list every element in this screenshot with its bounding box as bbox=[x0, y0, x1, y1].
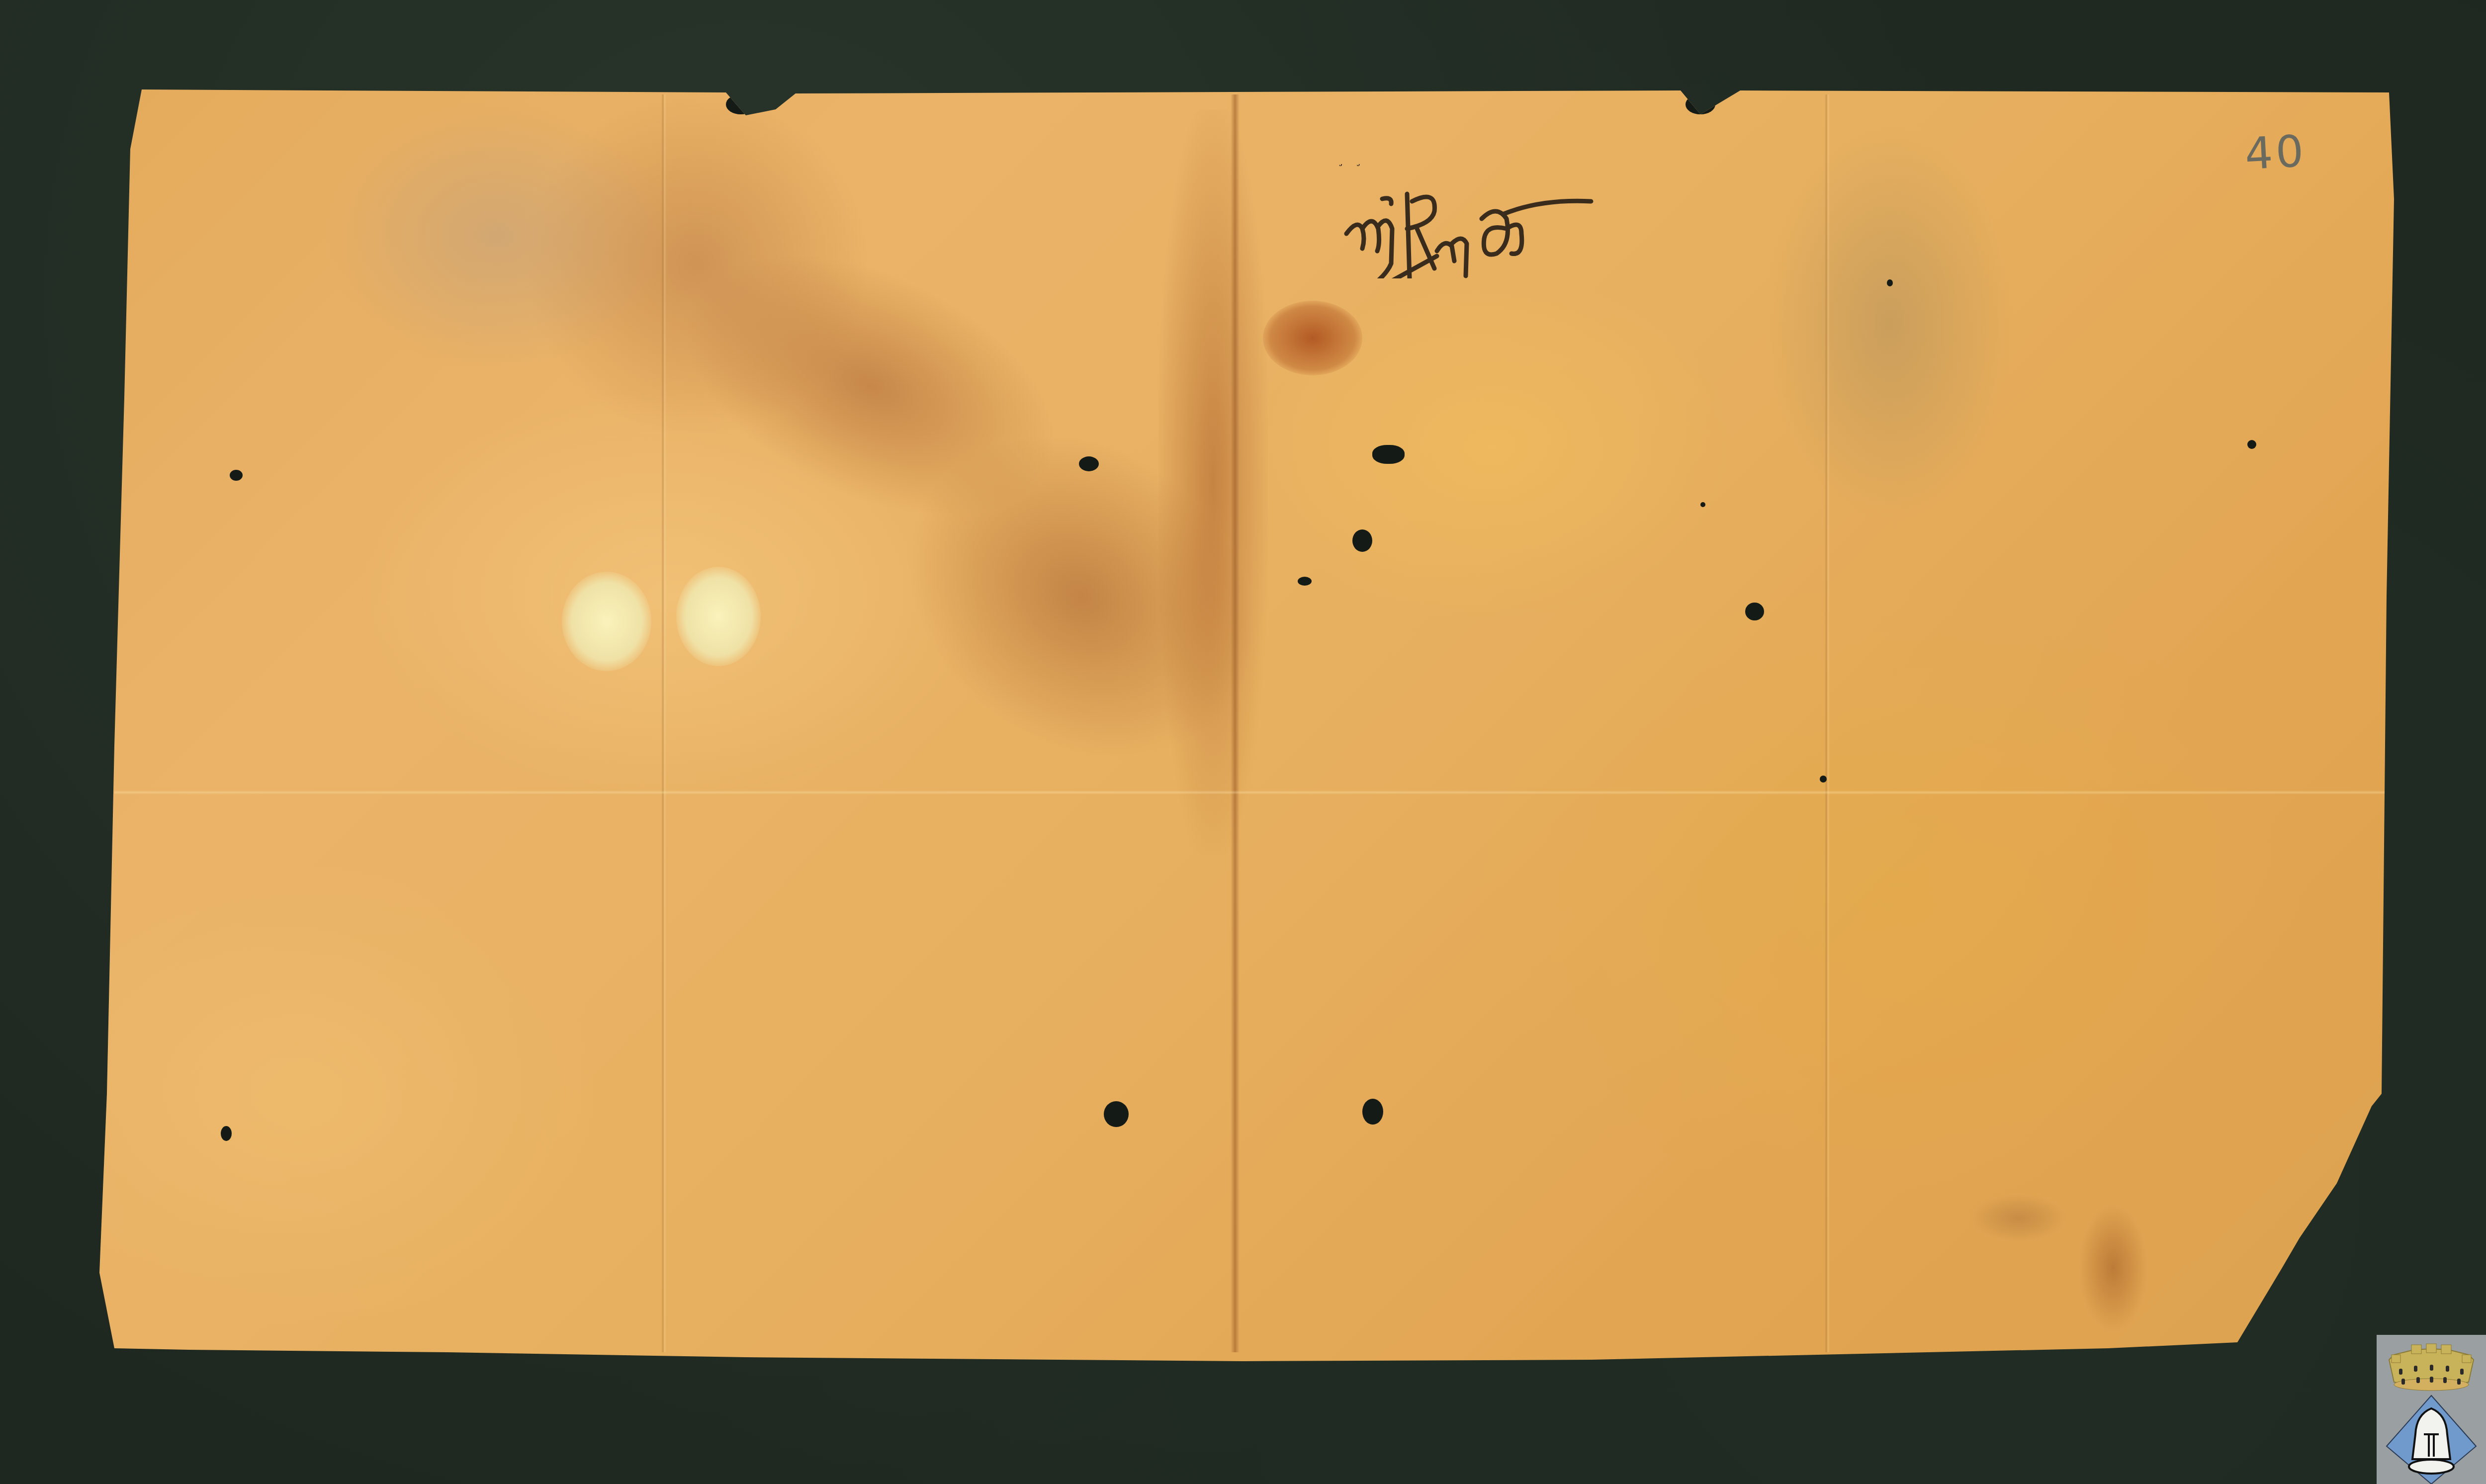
fold-line-center bbox=[1231, 94, 1240, 1352]
handwritten-note-text: nij ff vj 86 bbox=[1332, 164, 1373, 166]
folio-number: 40 bbox=[2243, 125, 2308, 179]
brown-stain-bottom-right bbox=[2078, 1203, 2148, 1332]
handwritten-ink-note: nij ff vj 86 bbox=[1332, 164, 1681, 278]
fold-line-vertical bbox=[661, 94, 666, 1352]
coat-of-arms-logo bbox=[2377, 1335, 2486, 1484]
grey-discoloration bbox=[323, 99, 671, 373]
brown-stain-bottom-right bbox=[1969, 1193, 2068, 1243]
edge-notch bbox=[726, 94, 756, 114]
water-stain-fold bbox=[1158, 109, 1268, 855]
bleed-through-area bbox=[1765, 124, 2014, 522]
worm-hole bbox=[1372, 445, 1405, 464]
worm-hole bbox=[1079, 456, 1099, 471]
pale-stain-left bbox=[562, 572, 651, 671]
pale-stain-right bbox=[676, 567, 761, 666]
worm-hole bbox=[1745, 603, 1764, 620]
worm-hole bbox=[1362, 1099, 1383, 1125]
worm-hole bbox=[1104, 1101, 1129, 1127]
worm-hole bbox=[221, 1126, 232, 1141]
worm-hole bbox=[1820, 776, 1827, 783]
worm-hole bbox=[2247, 440, 2256, 449]
mural-crown-icon bbox=[2389, 1344, 2474, 1391]
parchment-document: nij ff vj 86 40 bbox=[0, 0, 2486, 1484]
worm-hole bbox=[230, 470, 243, 481]
fold-line-horizontal bbox=[114, 790, 2387, 794]
fold-line-vertical bbox=[1825, 94, 1830, 1352]
worm-hole bbox=[1700, 502, 1705, 507]
red-brown-spot bbox=[1263, 301, 1362, 375]
worm-hole bbox=[1298, 577, 1312, 586]
worm-hole bbox=[1887, 279, 1893, 286]
parchment-surface bbox=[0, 0, 2486, 1484]
worm-hole bbox=[1352, 529, 1372, 552]
edge-notch bbox=[1686, 94, 1715, 114]
